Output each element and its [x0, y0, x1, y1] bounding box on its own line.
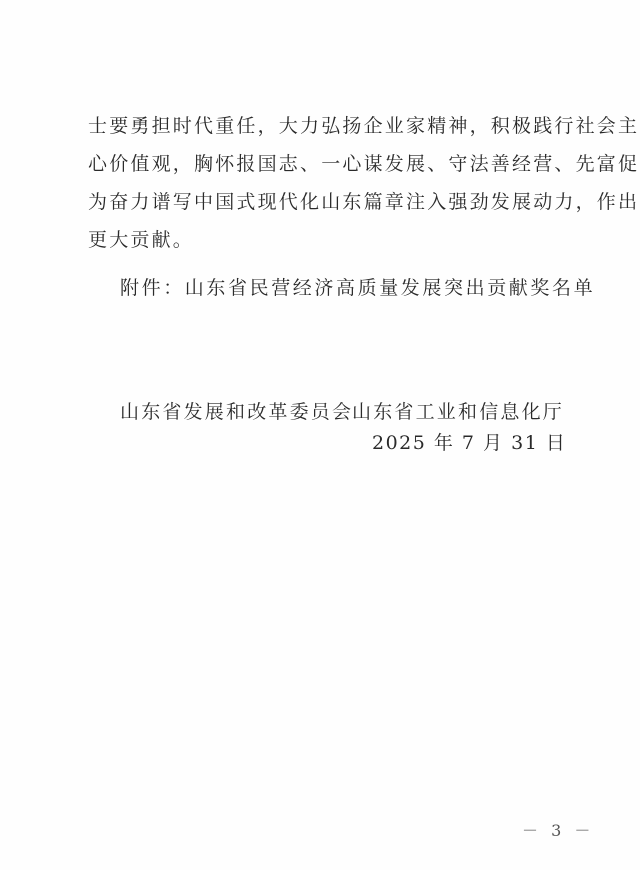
- body-text-line: 士要勇担时代重任，大力弘扬企业家精神，积极践行社会主义核: [88, 114, 640, 138]
- signature-ndrc: 山东省发展和改革委员会: [120, 400, 353, 424]
- page-number: － 3 －: [522, 818, 594, 841]
- body-text-line: 为奋力谱写中国式现代化山东篇章注入强劲发展动力，作出新的: [88, 190, 640, 214]
- body-text-line: 更大贡献。: [88, 228, 194, 252]
- issue-date: 2025 年 7 月 31 日: [372, 431, 566, 455]
- document-page: 士要勇担时代重任，大力弘扬企业家精神，积极践行社会主义核 心价值观，胸怀报国志、…: [0, 0, 640, 870]
- attachment-note: 附件：山东省民营经济高质量发展突出贡献奖名单: [120, 276, 595, 300]
- signature-miit: 山东省工业和信息化厅: [352, 400, 564, 424]
- body-text-line: 心价值观，胸怀报国志、一心谋发展、守法善经营、先富促共富，: [88, 152, 640, 176]
